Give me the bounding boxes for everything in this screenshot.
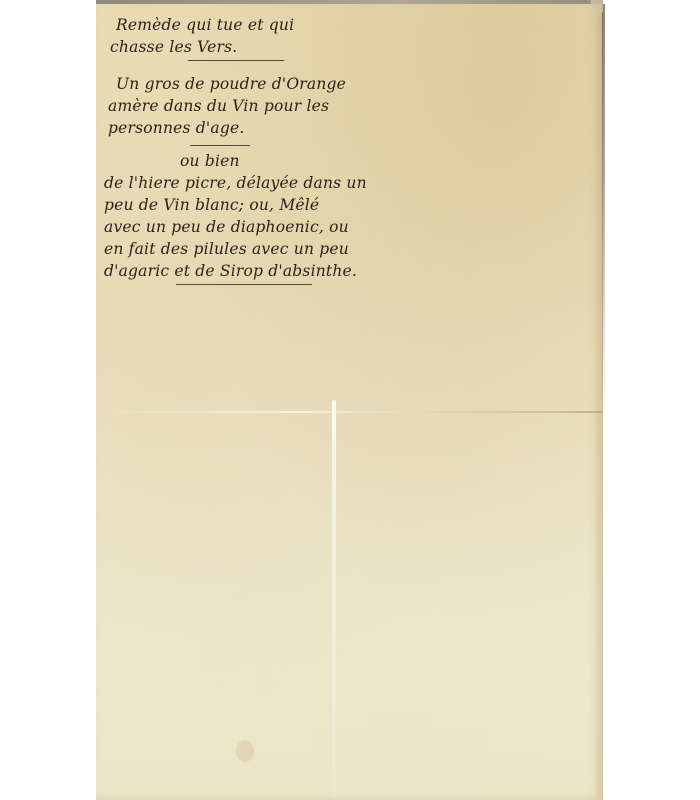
manuscript-page: Remède qui tue et qui chasse les Vers. U… (96, 0, 603, 800)
text-line: amère dans du Vin pour les (108, 95, 408, 117)
title-line: chasse les Vers. (110, 36, 408, 58)
manuscript-text: Remède qui tue et qui chasse les Vers. U… (108, 14, 408, 285)
text-line: d'agaric et de Sirop d'absinthe. (104, 260, 408, 282)
remedy-title: Remède qui tue et qui chasse les Vers. (108, 14, 408, 61)
horizontal-fold-crease (96, 411, 603, 413)
vertical-fold-crease (332, 400, 336, 800)
separator-ou-bien: ou bien (180, 150, 408, 172)
document-viewer: Remède qui tue et qui chasse les Vers. U… (0, 0, 700, 800)
remedy-paragraph-2: de l'hiere picre, délayée dans un peu de… (108, 172, 408, 285)
text-line: peu de Vin blanc; ou, Mêlé (104, 194, 408, 216)
text-line: en fait des pilules avec un peu (104, 238, 408, 260)
paragraph-divider (190, 145, 250, 146)
title-line: Remède qui tue et qui (116, 14, 408, 36)
corner-fold (587, 0, 603, 16)
text-line: Un gros de poudre d'Orange (116, 73, 408, 95)
paper-top-edge (96, 0, 603, 4)
text-line: de l'hiere picre, délayée dans un (104, 172, 408, 194)
paper-right-edge (602, 4, 605, 424)
paper-stain (236, 740, 254, 762)
remedy-paragraph-1: Un gros de poudre d'Orange amère dans du… (108, 73, 408, 146)
closing-underline (176, 284, 312, 285)
text-line: personnes d'age. (108, 117, 408, 139)
text-line: avec un peu de diaphoenic, ou (104, 216, 408, 238)
title-underline (188, 60, 284, 61)
